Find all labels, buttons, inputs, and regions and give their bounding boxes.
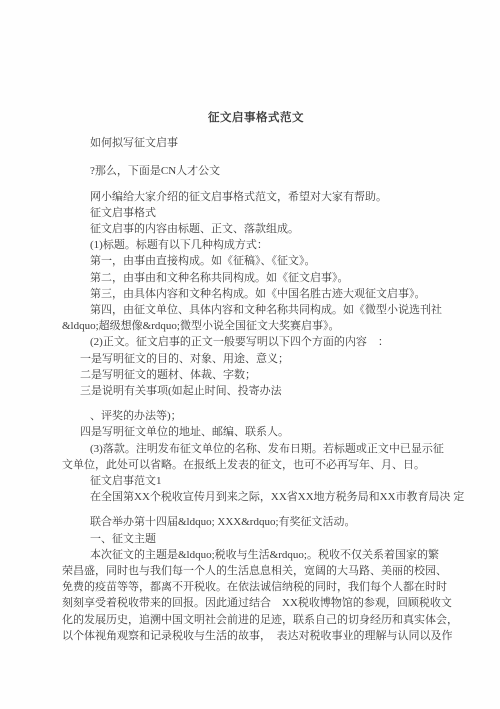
doc-line: 四是写明征文单位的地址、邮编、联系人。 [62,424,450,440]
document-title: 征文启事格式范文 [62,110,450,126]
document-page: 征文启事格式范文 如何拟写征文启事 ?那么，下面是CN人才公文 网小编给大家介绍… [0,0,500,709]
doc-line: 在全国第XX个税收宣传月到来之际，XX省XX地方税务局和XX市教育局决 定 [62,489,450,505]
document-content: 征文启事格式范文 如何拟写征文启事 ?那么，下面是CN人才公文 网小编给大家介绍… [0,0,500,644]
doc-line: (2)正文。征文启事的正文一般要写明以下四个方面的内容 ： [62,334,450,350]
doc-line: 荣昌盛，同时也与我们每一个人的生活息息相关，宽阔的大马路、美丽的校园、 [62,563,450,579]
doc-line: 三是说明有关事项(如起止时间、投寄办法 [62,383,450,399]
doc-line: (3)落款。注明发布征文单位的名称、发布日期。若标题或正文中已显示征 [62,441,450,457]
doc-line: 一是写明征文的目的、对象、用途、意义； [62,351,450,367]
doc-line: 如何拟写征文启事 [62,135,450,151]
doc-line: 化的发展历史，追溯中国文明社会前进的足迹，联系自己的切身经历和真实体会， [62,612,450,628]
doc-line: 征文启事范文1 [62,473,450,489]
doc-line: 免费的疫苗等等，都离不开税收。在依法诚信纳税的同时，我们每个人都在时时 [62,579,450,595]
doc-line: ?那么，下面是CN人才公文 [62,163,450,179]
doc-line: 联合举办第十四届&ldquo; XXX&rdquo;有奖征文活动。 [62,514,450,530]
doc-line: 第四，由征文单位、具体内容和文种名称共同构成。如《微型小说选刊社 [62,302,450,318]
doc-line: 征文启事格式 [62,205,450,221]
doc-line: 征文启事的内容由标题、正文、落款组成。 [62,221,450,237]
doc-line: 文单位，此处可以省略。在报纸上发表的征文，也可不必再写年、月、日。 [62,457,450,473]
doc-line: 以个体视角观察和记录税收与生活的故事， 表达对税收事业的理解与认同以及作 [62,628,450,644]
doc-line: 第一，由事由直接构成。如《征稿》、《征文》。 [62,253,450,269]
doc-line: &ldquo;超级想像&rdquo;微型小说全国征文大奖赛启事》。 [62,318,450,334]
doc-line: 刻刻享受着税收带来的回报。因此通过结合 XX税收博物馆的参观，回顾税收文 [62,595,450,611]
doc-line: 二是写明征文的题材、体裁、字数； [62,367,450,383]
doc-line: 、评奖的办法等)； [62,408,450,424]
doc-line: (1)标题。标题有以下几种构成方式： [62,237,450,253]
doc-line: 第三，由具体内容和文种名构成。如《中国名胜古迹大观征文启事》。 [62,286,450,302]
doc-line: 网小编给大家介绍的征文启事格式范文，希望对大家有帮助。 [62,189,450,205]
doc-line: 一、征文主题 [62,531,450,547]
doc-line: 本次征文的主题是&ldquo;税收与生活&rdquo;。税收不仅关系着国家的繁 [62,547,450,563]
doc-line: 第二，由事由和文种名称共同构成。如《征文启事》。 [62,270,450,286]
